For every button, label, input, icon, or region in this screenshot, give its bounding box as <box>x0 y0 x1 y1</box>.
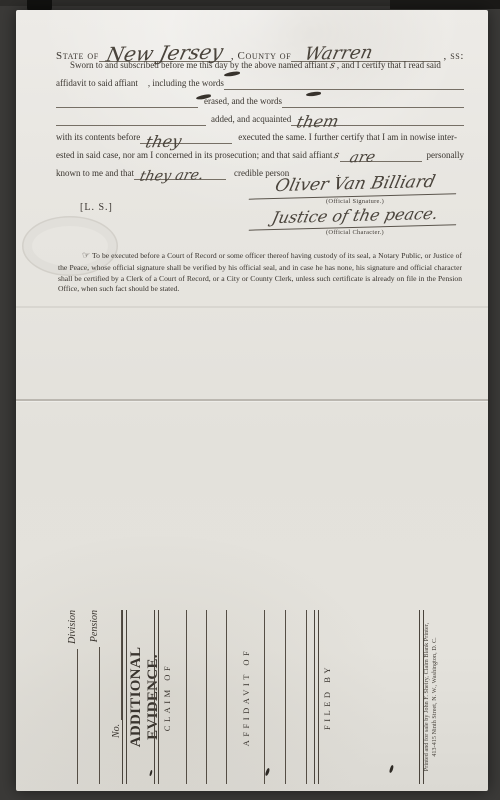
docket-rotated-content: Division Pension No. ADDITIONAL EVIDENCE… <box>58 610 452 784</box>
official-signature-line: Oliver Van Billiard (Official Signature.… <box>252 173 458 205</box>
printed-text: known to me and that <box>56 167 134 180</box>
official-character-caption: (Official Character.) <box>252 229 458 236</box>
pension-row: Pension <box>86 610 100 784</box>
docket-rule <box>285 610 286 784</box>
printer-imprint: Printed and for sale by John F. Sheiry, … <box>424 610 440 784</box>
footnote-paragraph: ☞ To be executed before a Court of Recor… <box>58 250 462 295</box>
paper-fold-crease <box>16 306 488 308</box>
docket-double-rule <box>154 610 159 784</box>
number-label: No. <box>111 724 122 738</box>
certification-line-6: ested in said case, nor am I concerned i… <box>56 148 464 162</box>
printed-text: erased, and the words <box>204 95 282 108</box>
affidavit-of-label: AFFIDAVIT OF <box>241 610 251 784</box>
printed-text: , and I certify that I read said <box>337 59 441 72</box>
certification-line-4: added, and acquainted them <box>56 112 464 126</box>
docket-double-rule <box>122 610 127 784</box>
photo-background: State of New Jersey , County of Warren ,… <box>0 0 500 800</box>
certification-line-1: Sworn to and subscribed before me this d… <box>56 58 464 72</box>
blank-rule <box>56 94 198 108</box>
official-signature-handwritten: Oliver Van Billiard <box>249 170 462 199</box>
pension-label: Pension <box>89 610 100 642</box>
printer-imprint-line2: 413-415 Ninth Street, N. W., Washington,… <box>432 610 440 784</box>
printed-text: with its contents before <box>56 131 140 144</box>
docket-double-rule <box>314 610 319 784</box>
docket-rule <box>226 610 227 784</box>
blank-rule: they are. <box>134 166 226 180</box>
handwritten-they-are: they are. <box>138 169 204 184</box>
blank-rule <box>282 94 464 108</box>
certification-line-5: with its contents before they executed t… <box>56 130 464 144</box>
certification-line-3: erased, and the words <box>56 94 464 108</box>
official-character-line: Justice of the peace. (Official Characte… <box>252 204 458 236</box>
printed-text: affidavit to said affiant <box>56 77 138 90</box>
handwritten-are: are <box>348 151 376 165</box>
footnote-text: To be executed before a Court of Record … <box>58 251 462 293</box>
printed-text: personally <box>427 149 465 162</box>
printed-text: Sworn to and subscribed before me this d… <box>70 59 328 72</box>
docket-rule <box>109 610 122 720</box>
docket-rule <box>65 649 78 784</box>
printer-imprint-line1: Printed and for sale by John F. Sheiry, … <box>424 610 432 784</box>
top-right-shadow <box>390 0 500 9</box>
manicule-icon: ☞ <box>82 251 90 261</box>
claim-of-label: CLAIM OF <box>162 610 172 784</box>
division-row: Division <box>64 610 78 784</box>
document-page: State of New Jersey , County of Warren ,… <box>16 10 488 791</box>
printed-text: added, and acquainted <box>211 113 291 126</box>
blank-rule <box>224 76 464 90</box>
docket-rule <box>186 610 187 784</box>
handwritten-they: they <box>145 135 183 149</box>
blank-rule: they <box>140 130 232 144</box>
official-character-handwritten: Justice of the peace. <box>249 201 462 230</box>
number-row: No. <box>108 610 122 784</box>
division-label: Division <box>67 610 78 644</box>
printed-text: ested in said case, nor am I concerned i… <box>56 149 333 162</box>
docket-rule <box>264 610 265 784</box>
printed-text: executed the same. I further certify tha… <box>238 131 457 144</box>
printed-text: , including the words <box>148 77 224 90</box>
certification-line-2: affidavit to said affiant , including th… <box>56 76 464 90</box>
blank-rule: them <box>291 112 464 126</box>
paper-fold-crease <box>16 399 488 401</box>
seal-placeholder-label: [L. S.] <box>80 202 113 213</box>
blank-rule: are <box>340 148 422 162</box>
docket-rule <box>206 610 207 784</box>
handwritten-plural-s: s <box>328 59 336 72</box>
blank-rule <box>56 112 206 126</box>
filed-by-label: FILED BY <box>322 610 332 784</box>
docket-rule <box>306 610 307 784</box>
handwritten-them: them <box>296 114 341 128</box>
docket-rule <box>87 647 100 784</box>
docket-panel: Division Pension No. ADDITIONAL EVIDENCE… <box>58 610 452 784</box>
